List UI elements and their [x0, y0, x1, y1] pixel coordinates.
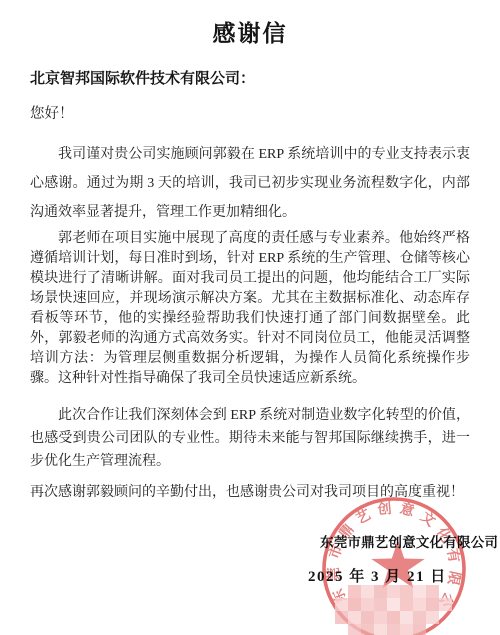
greeting-line: 您好！	[30, 102, 470, 123]
signature-date: 2025 年 3 月 21 日	[308, 565, 447, 586]
paragraph-trainer-performance: 郭老师在项目实施中展现了高度的责任感与专业素养。他始终严格遵循培训计划，每日准时…	[30, 229, 470, 389]
pixelated-redaction	[335, 585, 452, 635]
company-seal-stamp: 东莞市鼎艺创意文化有限公司	[318, 491, 474, 635]
letter-title: 感谢信	[0, 0, 500, 48]
paragraph-cooperation-value: 此次合作让我们深刻体会到 ERP 系统对制造业数字化转型的价值，也感受到贵公司团…	[30, 404, 470, 473]
paragraph-final-thanks: 再次感谢郭毅顾问的辛勤付出，也感谢贵公司对我司项目的高度重视！	[30, 483, 470, 503]
seal-arc-text-shape: 东莞市鼎艺创意文化有限公司	[318, 491, 464, 616]
signature-company-name: 东莞市鼎艺创意文化有限公司	[320, 531, 498, 551]
paragraph-thanks-overview: 我司谨对贵公司实施顾问郭毅在 ERP 系统培训中的专业支持表示衷心感谢。通过为期…	[30, 140, 470, 227]
recipient-line: 北京智邦国际软件技术有限公司：	[30, 67, 470, 88]
seal-arc-text: 东莞市鼎艺创意文化有限公司	[318, 491, 464, 616]
thank-you-letter-page: 感谢信 北京智邦国际软件技术有限公司： 您好！ 我司谨对贵公司实施顾问郭毅在 E…	[0, 0, 500, 635]
